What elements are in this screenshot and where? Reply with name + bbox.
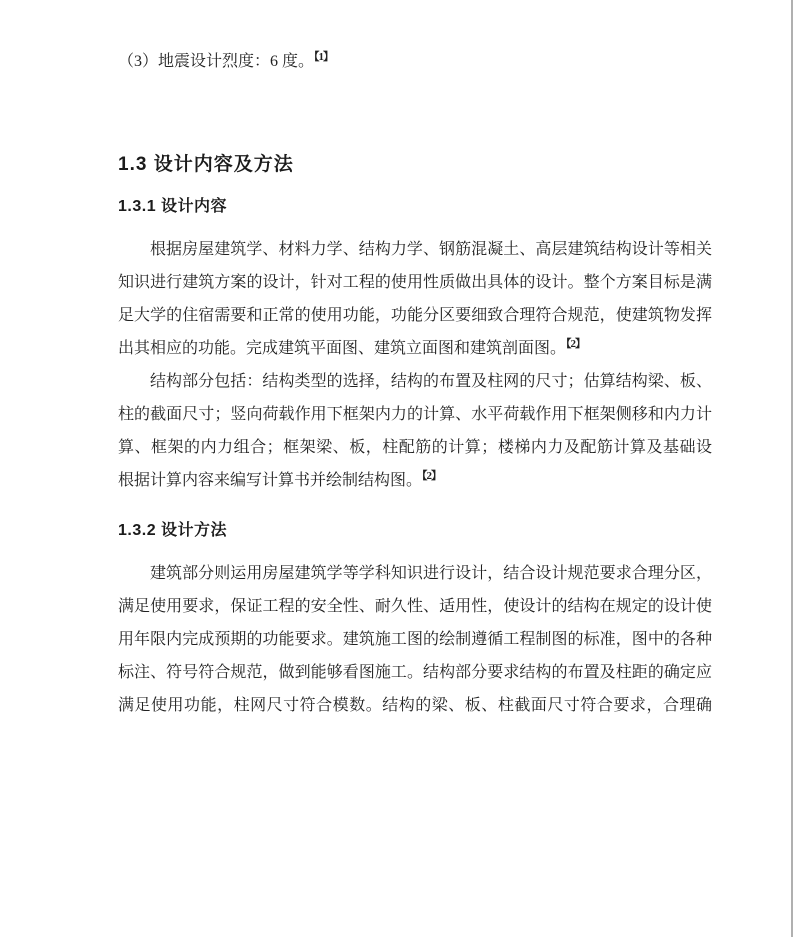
intro-text: （3）地震设计烈度：6 度。: [118, 53, 314, 70]
page-content: （3）地震设计烈度：6 度。【1】 1.3 设计内容及方法 1.3.1 设计内容…: [0, 0, 794, 722]
text-line: 足大学的住宿需要和正常的使用功能，功能分区要细致合理符合规范，使建筑物发挥: [118, 299, 712, 332]
text-line: 建筑部分则运用房屋建筑学等学科知识进行设计，结合设计规范要求合理分区，: [118, 557, 712, 590]
text-line: 根据房屋建筑学、材料力学、结构力学、钢筋混凝土、高层建筑结构设计等相关: [118, 233, 712, 266]
paragraph-design-content-architecture: 根据房屋建筑学、材料力学、结构力学、钢筋混凝土、高层建筑结构设计等相关 知识进行…: [118, 233, 712, 365]
paragraph-design-content-structure: 结构部分包括：结构类型的选择，结构的布置及柱网的尺寸；估算结构梁、板、 柱的截面…: [118, 365, 712, 497]
citation-ref-2: 【2】: [566, 338, 585, 350]
list-item-seismic-intensity: （3）地震设计烈度：6 度。【1】: [118, 45, 712, 78]
citation-ref-1: 【1】: [314, 51, 333, 63]
text-line: 知识进行建筑方案的设计，针对工程的使用性质做出具体的设计。整个方案目标是满: [118, 266, 712, 299]
line-text: 出其相应的功能。完成建筑平面图、建筑立面图和建筑剖面图。: [118, 340, 566, 357]
page-right-edge-line: [791, 0, 793, 937]
text-line: 算、框架的内力组合；框架梁、板，柱配筋的计算；楼梯内力及配筋计算及基础设计。: [118, 431, 712, 464]
document-page: （3）地震设计烈度：6 度。【1】 1.3 设计内容及方法 1.3.1 设计内容…: [0, 0, 794, 937]
citation-ref-2: 【2】: [422, 470, 441, 482]
line-text: 根据计算内容来编写计算书并绘制结构图。: [118, 472, 422, 489]
subsection-heading-1-3-2: 1.3.2 设计方法: [118, 519, 712, 543]
text-line: 出其相应的功能。完成建筑平面图、建筑立面图和建筑剖面图。【2】: [118, 332, 712, 365]
text-line: 结构部分包括：结构类型的选择，结构的布置及柱网的尺寸；估算结构梁、板、: [118, 365, 712, 398]
text-line: 标注、符号符合规范，做到能够看图施工。结构部分要求结构的布置及柱距的确定应: [118, 656, 712, 689]
text-line: 满足使用功能，柱网尺寸符合模数。结构的梁、板、柱截面尺寸符合要求，合理确定。: [118, 689, 712, 722]
text-line: 柱的截面尺寸；竖向荷载作用下框架内力的计算、水平荷载作用下框架侧移和内力计: [118, 398, 712, 431]
section-heading-1-3: 1.3 设计内容及方法: [118, 151, 712, 179]
text-line: 满足使用要求，保证工程的安全性、耐久性、适用性，使设计的结构在规定的设计使: [118, 590, 712, 623]
paragraph-design-method: 建筑部分则运用房屋建筑学等学科知识进行设计，结合设计规范要求合理分区， 满足使用…: [118, 557, 712, 722]
text-line: 根据计算内容来编写计算书并绘制结构图。【2】: [118, 464, 712, 497]
subsection-heading-1-3-1: 1.3.1 设计内容: [118, 195, 712, 219]
text-line: 用年限内完成预期的功能要求。建筑施工图的绘制遵循工程制图的标准，图中的各种: [118, 623, 712, 656]
